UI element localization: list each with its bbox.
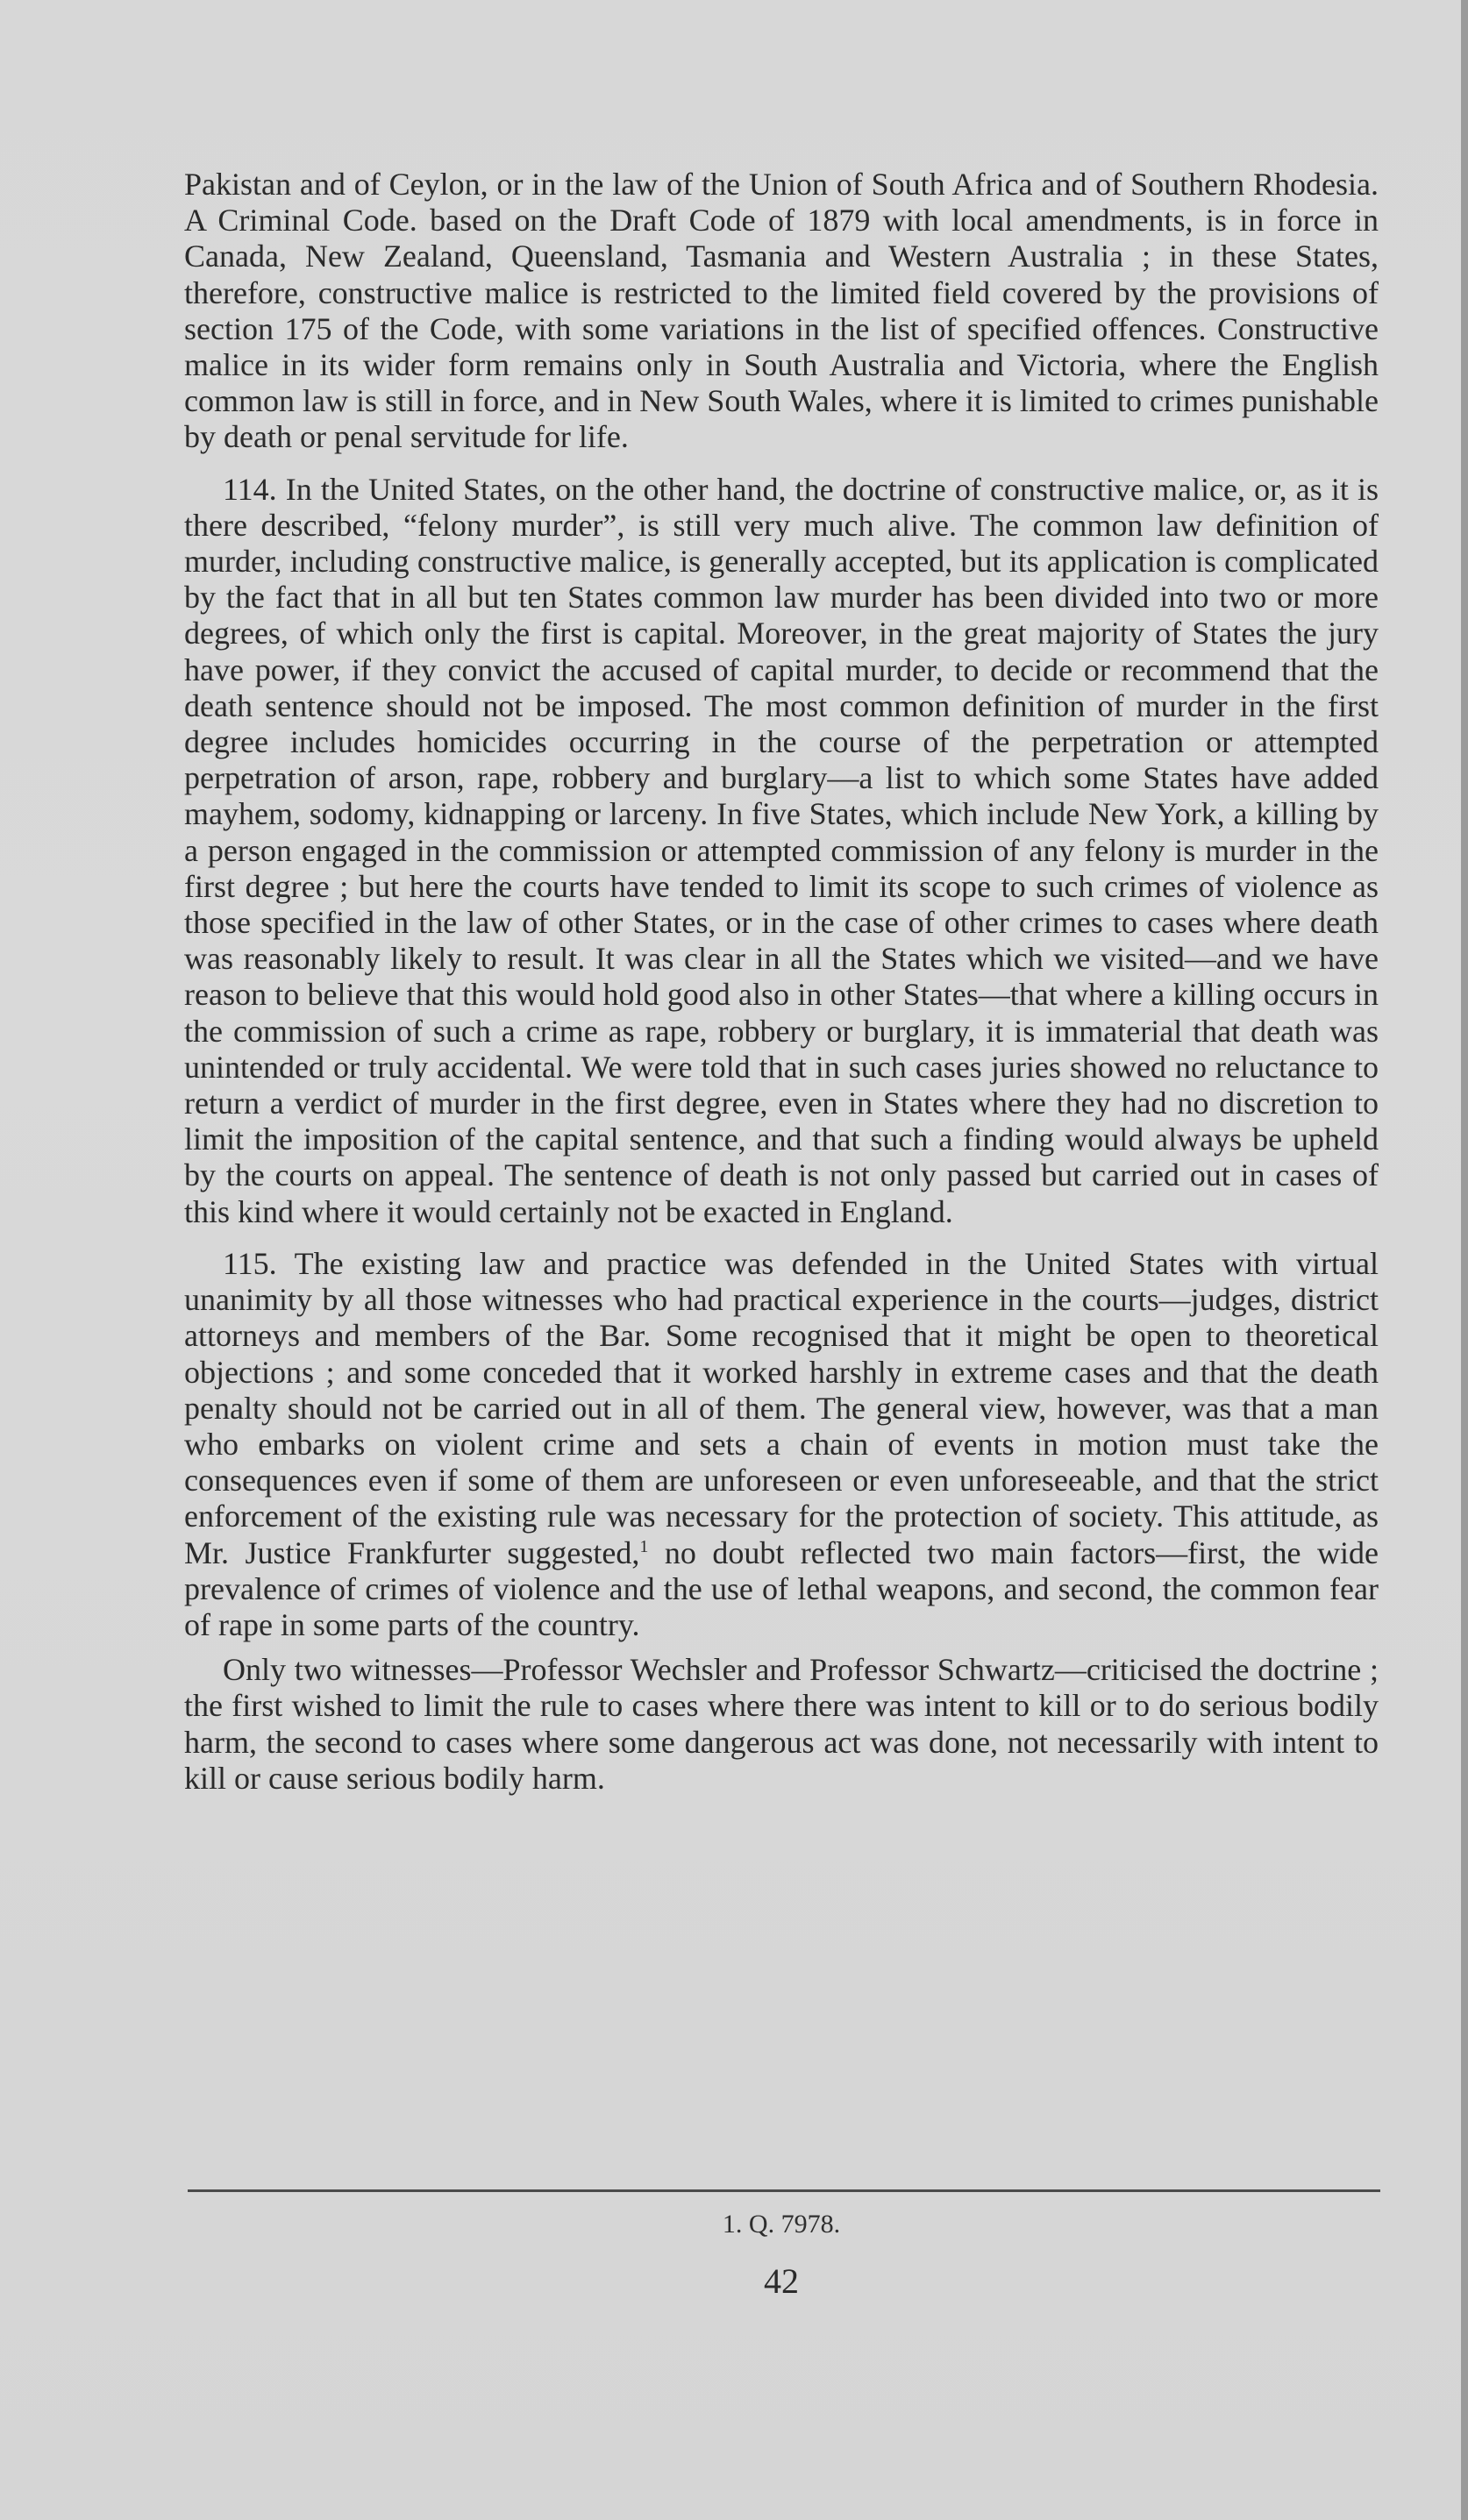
page-edge-shadow	[1461, 0, 1468, 2520]
paragraph-text: In the United States, on the other hand,…	[184, 472, 1379, 1229]
paragraph-continuation: Pakistan and of Ceylon, or in the law of…	[184, 167, 1379, 456]
paragraph-continued: Only two witnesses—Professor Wechsler an…	[184, 1652, 1379, 1797]
paragraph-115: 115. The existing law and practice was d…	[184, 1246, 1379, 1643]
footnote: 1. Q. 7978.	[184, 2210, 1379, 2239]
paragraph-text: Only two witnesses—Professor Wechsler an…	[184, 1652, 1379, 1796]
footnote-marker[interactable]: 1	[639, 1537, 648, 1556]
page-number: 42	[184, 2260, 1379, 2302]
document-page: Pakistan and of Ceylon, or in the law of…	[0, 0, 1461, 2520]
paragraph-text: Pakistan and of Ceylon, or in the law of…	[184, 167, 1379, 454]
paragraph-number: 114.	[223, 472, 277, 507]
body-text: Pakistan and of Ceylon, or in the law of…	[184, 167, 1379, 1797]
paragraph-114: 114. In the United States, on the other …	[184, 472, 1379, 1230]
paragraph-text: The existing law and practice was defend…	[184, 1246, 1379, 1570]
paragraph-number: 115.	[223, 1246, 277, 1281]
footnote-divider	[188, 2189, 1380, 2192]
